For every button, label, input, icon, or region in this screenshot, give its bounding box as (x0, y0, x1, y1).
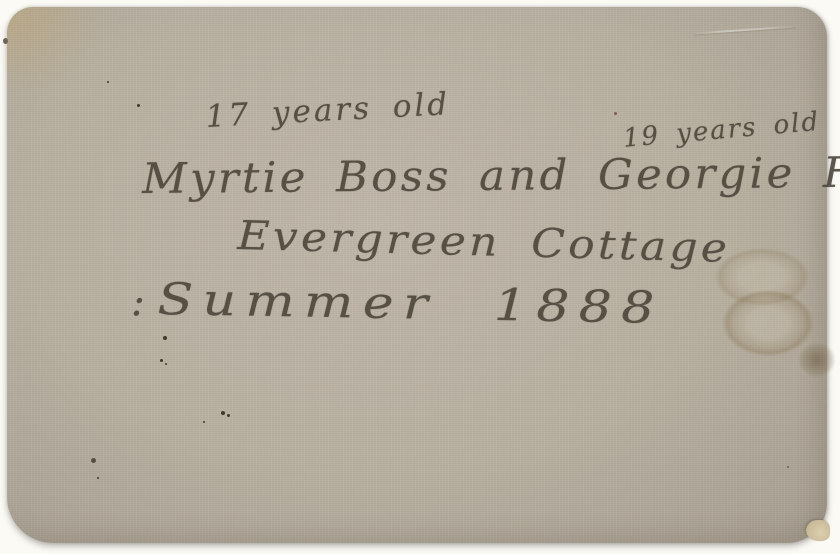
annotation-date: Summer 1888 (157, 278, 664, 331)
annotation-names: Myrtie Boss and Georgie Hye (142, 151, 840, 200)
photo-scan: 17 years old 19 years old Myrtie Boss an… (0, 0, 840, 554)
annotation-colon-mark: : (131, 282, 146, 322)
